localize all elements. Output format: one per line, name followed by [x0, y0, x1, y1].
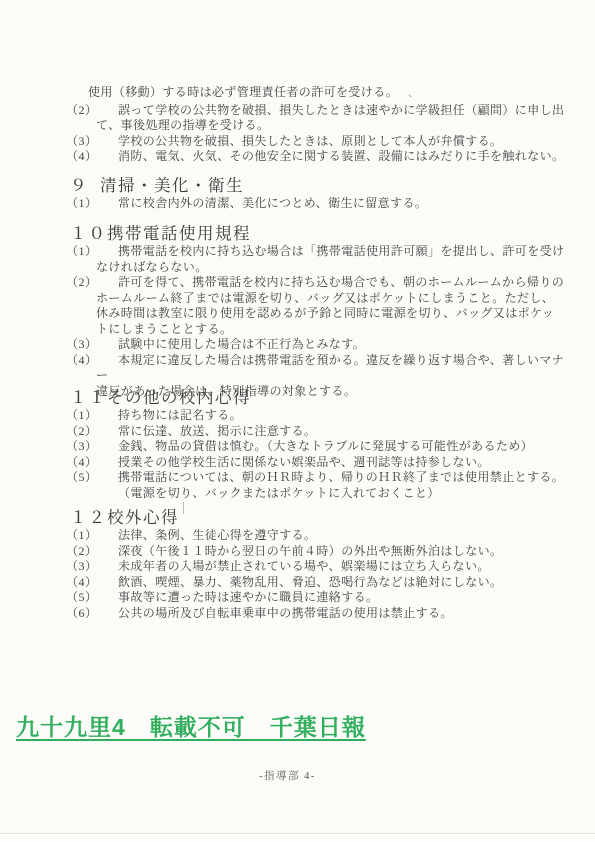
- list-item: （4）消防、電気、火気、その他安全に関する装置、設備にはみだりに手を触れない。: [64, 149, 571, 165]
- item-text-line: トにしまうこととする。: [96, 322, 571, 338]
- list-item: （2）誤って学校の公共物を破損、損失したときは速やかに学級担任（顧問）に申し出て…: [64, 103, 571, 134]
- list-item: （1）法律、条例、生徒心得を遵守する。: [64, 528, 571, 544]
- list-item: （2）常に伝達、放送、掲示に注意する。: [64, 424, 571, 440]
- item-number: （1）: [66, 408, 98, 424]
- item-number: （3）: [66, 439, 98, 455]
- item-text-line: ホームルーム終了までは電源を切り、バッグ又はポケットにしまうこと。ただし、: [96, 291, 571, 307]
- item-text-line: 本規定に違反した場合は携帯電話を預かる。違反を繰り返す場合や、著しいマナー: [96, 353, 571, 384]
- section-number: ９: [70, 176, 100, 196]
- item-number: （3）: [66, 134, 98, 150]
- section-number: １２: [70, 508, 107, 528]
- scan-edge-margin: [0, 834, 595, 842]
- section-heading: １１その他の校内心得: [70, 388, 571, 408]
- intro-item-list: （2）誤って学校の公共物を破損、損失したときは速やかに学級担任（顧問）に申し出て…: [64, 103, 571, 165]
- item-number: （1）: [66, 528, 98, 544]
- item-text: 学校の公共物を破損、損失したときは、原則として本人が弁償する。: [96, 134, 571, 150]
- item-text-line: 持ち物には記名する。: [96, 408, 571, 424]
- item-number: （6）: [66, 606, 98, 622]
- item-number: （4）: [66, 353, 98, 369]
- intro-block: 使用（移動）する時は必ず管理責任者の許可を受ける。 （2）誤って学校の公共物を破…: [64, 85, 571, 165]
- item-text-line: 金銭、物品の貸借は慎む。（大きなトラブルに発展する可能性があるため）: [96, 439, 571, 455]
- item-text: 許可を得て、携帯電話を校内に持ち込む場合でも、朝のホームルームから帰りのホームル…: [96, 275, 571, 337]
- list-item: （1）持ち物には記名する。: [64, 408, 571, 424]
- section-12: １２校外心得（1）法律、条例、生徒心得を遵守する。（2）深夜（午後１１時から翌日…: [64, 508, 571, 621]
- section-10: １０携帯電話使用規程（1）携帯電話を校内に持ち込む場合は「携帯電話使用許可願」を…: [64, 224, 571, 399]
- item-text-line: 深夜（午後１１時から翌日の午前４時）の外出や無断外泊はしない。: [96, 544, 571, 560]
- item-number: （2）: [66, 544, 98, 560]
- scanned-document-page: 使用（移動）する時は必ず管理責任者の許可を受ける。 （2）誤って学校の公共物を破…: [0, 0, 595, 842]
- item-text: 公共の場所及び自転車乗車中の携帯電話の使用は禁止する。: [96, 606, 571, 622]
- item-text-line: て、事後処理の指導を受ける。: [96, 118, 571, 134]
- item-text-line: 法律、条例、生徒心得を遵守する。: [96, 528, 571, 544]
- item-text-line: 試験中に使用した場合は不正行為とみなす。: [96, 337, 571, 353]
- item-text: 深夜（午後１１時から翌日の午前４時）の外出や無断外泊はしない。: [96, 544, 571, 560]
- list-item: （1）常に校舎内外の清潔、美化につとめ、衛生に留意する。: [64, 196, 571, 212]
- section-9: ９清掃・美化・衛生（1）常に校舎内外の清潔、美化につとめ、衛生に留意する。: [64, 176, 571, 212]
- list-item: （4）飲酒、喫煙、暴力、薬物乱用、脅迫、恐喝行為などは絶対にしない。: [64, 575, 571, 591]
- item-number: （5）: [66, 590, 98, 606]
- list-item: （6）公共の場所及び自転車乗車中の携帯電話の使用は禁止する。: [64, 606, 571, 622]
- section-number: １１: [70, 388, 107, 408]
- list-item: （3）金銭、物品の貸借は慎む。（大きなトラブルに発展する可能性があるため）: [64, 439, 571, 455]
- list-item: （3）未成年者の入場が禁止されている場や、娯楽場には立ち入らない。: [64, 559, 571, 575]
- item-text: 法律、条例、生徒心得を遵守する。: [96, 528, 571, 544]
- item-text: 誤って学校の公共物を破損、損失したときは速やかに学級担任（顧問）に申し出て、事後…: [96, 103, 571, 134]
- item-text-line: 誤って学校の公共物を破損、損失したときは速やかに学級担任（顧問）に申し出: [96, 103, 571, 119]
- page-footer: -指導部 4-: [0, 768, 585, 783]
- item-text: 携帯電話を校内に持ち込む場合は「携帯電話使用許可願」を提出し、許可を受けなければ…: [96, 244, 571, 275]
- item-text-line: 事故等に遭った時は速やかに職員に連絡する。: [96, 590, 571, 606]
- item-text-line: 授業その他学校生活に関係ない娯楽品や、週刊誌等は持参しない。: [96, 455, 571, 471]
- list-item: （3）試験中に使用した場合は不正行為とみなす。: [64, 337, 571, 353]
- item-text: 未成年者の入場が禁止されている場や、娯楽場には立ち入らない。: [96, 559, 571, 575]
- item-text: 試験中に使用した場合は不正行為とみなす。: [96, 337, 571, 353]
- item-text-line: 携帯電話については、朝のＨＲ時より、帰りのＨＲ終了までは使用禁止とする。: [96, 470, 571, 486]
- item-text-line: 学校の公共物を破損、損失したときは、原則として本人が弁償する。: [96, 134, 571, 150]
- item-text-line: 公共の場所及び自転車乗車中の携帯電話の使用は禁止する。: [96, 606, 571, 622]
- item-number: （2）: [66, 103, 98, 119]
- list-item: （2）深夜（午後１１時から翌日の午前４時）の外出や無断外泊はしない。: [64, 544, 571, 560]
- item-number: （2）: [66, 424, 98, 440]
- item-text-line: 許可を得て、携帯電話を校内に持ち込む場合でも、朝のホームルームから帰りの: [96, 275, 571, 291]
- watermark-text: 九十九里4 転載不可 千葉日報: [16, 709, 366, 742]
- item-text: 消防、電気、火気、その他安全に関する装置、設備にはみだりに手を触れない。: [96, 149, 571, 165]
- section-number: １０: [70, 224, 107, 244]
- section-title: その他の校内心得: [107, 388, 251, 407]
- item-text: 事故等に遭った時は速やかに職員に連絡する。: [96, 590, 571, 606]
- item-number: （4）: [66, 455, 98, 471]
- item-note: （電源を切り、バックまたはポケットに入れておくこと）: [96, 486, 571, 502]
- item-text-line: 携帯電話を校内に持ち込む場合は「携帯電話使用許可願」を提出し、許可を受け: [96, 244, 571, 260]
- item-text-line: 常に校舎内外の清潔、美化につとめ、衛生に留意する。: [96, 196, 571, 212]
- list-item: （3）学校の公共物を破損、損失したときは、原則として本人が弁償する。: [64, 134, 571, 150]
- section-11: １１その他の校内心得（1）持ち物には記名する。（2）常に伝達、放送、掲示に注意す…: [64, 388, 571, 501]
- item-number: （1）: [66, 196, 98, 212]
- item-number: （4）: [66, 575, 98, 591]
- item-number: （4）: [66, 149, 98, 165]
- item-number: （1）: [66, 244, 98, 260]
- item-text-line: 消防、電気、火気、その他安全に関する装置、設備にはみだりに手を触れない。: [96, 149, 571, 165]
- item-text: 携帯電話については、朝のＨＲ時より、帰りのＨＲ終了までは使用禁止とする。（電源を…: [96, 470, 571, 501]
- list-item: （5）携帯電話については、朝のＨＲ時より、帰りのＨＲ終了までは使用禁止とする。（…: [64, 470, 571, 501]
- scan-stray-mark: 、: [408, 84, 419, 100]
- item-text: 常に伝達、放送、掲示に注意する。: [96, 424, 571, 440]
- list-item: （5）事故等に遭った時は速やかに職員に連絡する。: [64, 590, 571, 606]
- item-number: （2）: [66, 275, 98, 291]
- scan-stray-line: [183, 502, 184, 514]
- item-text: 常に校舎内外の清潔、美化につとめ、衛生に留意する。: [96, 196, 571, 212]
- list-item: （1）携帯電話を校内に持ち込む場合は「携帯電話使用許可願」を提出し、許可を受けな…: [64, 244, 571, 275]
- item-text: 持ち物には記名する。: [96, 408, 571, 424]
- list-item: （2）許可を得て、携帯電話を校内に持ち込む場合でも、朝のホームルームから帰りのホ…: [64, 275, 571, 337]
- item-text-line: なければならない。: [96, 260, 571, 276]
- item-text: 授業その他学校生活に関係ない娯楽品や、週刊誌等は持参しない。: [96, 455, 571, 471]
- item-text-line: 休み時間は教室に限り使用を認めるが予鈴と同時に電源を切り、バッグ又はポケッ: [96, 306, 571, 322]
- section-title: 校外心得: [107, 508, 179, 527]
- item-text: 飲酒、喫煙、暴力、薬物乱用、脅迫、恐喝行為などは絶対にしない。: [96, 575, 571, 591]
- list-item: （4）授業その他学校生活に関係ない娯楽品や、週刊誌等は持参しない。: [64, 455, 571, 471]
- continuation-line: 使用（移動）する時は必ず管理責任者の許可を受ける。: [88, 85, 571, 101]
- item-text-line: 常に伝達、放送、掲示に注意する。: [96, 424, 571, 440]
- item-text-line: 飲酒、喫煙、暴力、薬物乱用、脅迫、恐喝行為などは絶対にしない。: [96, 575, 571, 591]
- section-title: 携帯電話使用規程: [107, 224, 251, 243]
- item-text: 金銭、物品の貸借は慎む。（大きなトラブルに発展する可能性があるため）: [96, 439, 571, 455]
- section-title: 清掃・美化・衛生: [100, 176, 244, 195]
- item-number: （3）: [66, 559, 98, 575]
- section-heading: １０携帯電話使用規程: [70, 224, 571, 244]
- item-text-line: 未成年者の入場が禁止されている場や、娯楽場には立ち入らない。: [96, 559, 571, 575]
- section-heading: １２校外心得: [70, 508, 571, 528]
- item-number: （5）: [66, 470, 98, 486]
- section-heading: ９清掃・美化・衛生: [70, 176, 571, 196]
- item-number: （3）: [66, 337, 98, 353]
